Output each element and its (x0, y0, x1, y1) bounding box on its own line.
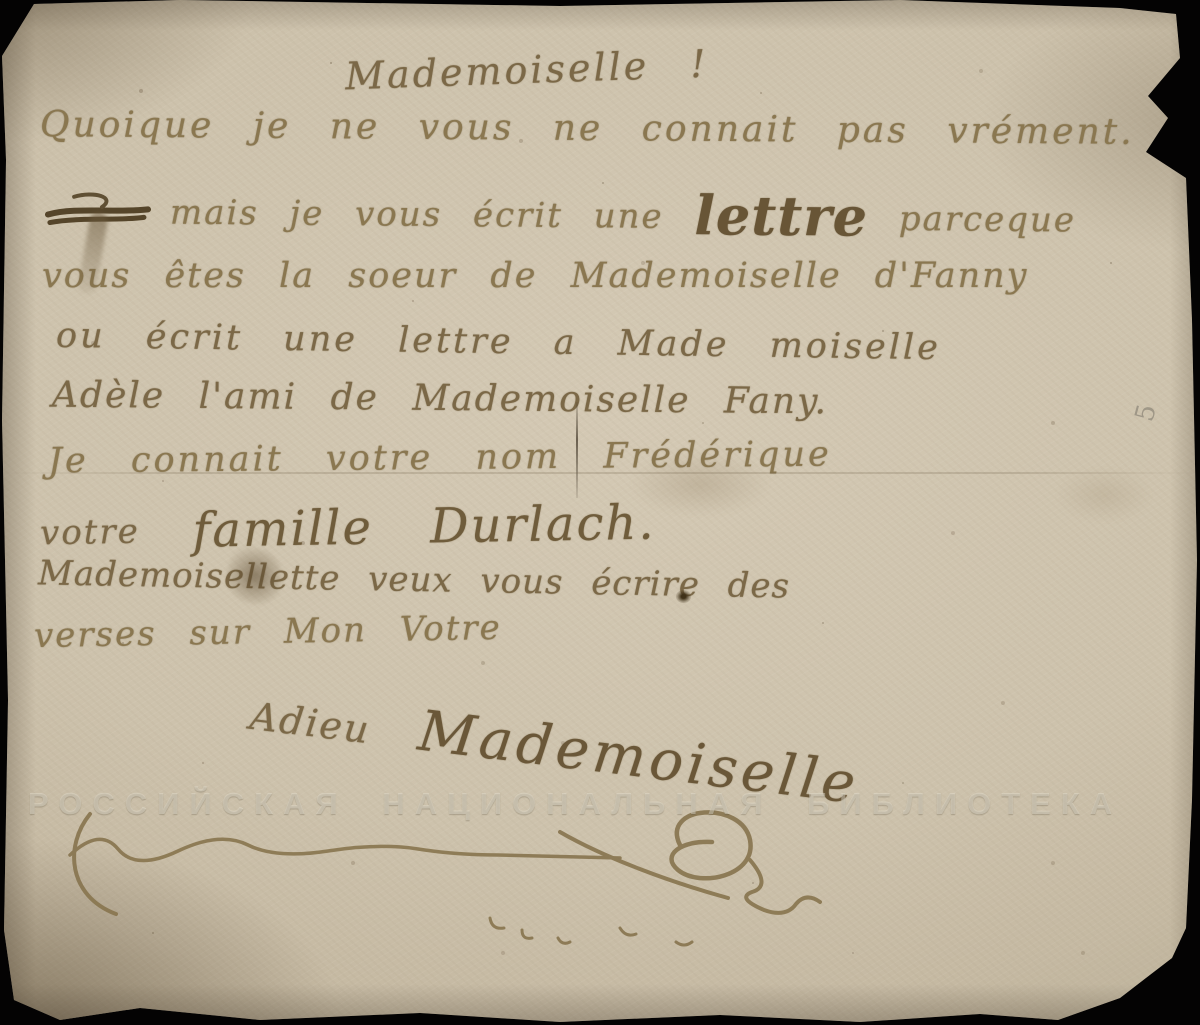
handwritten-line-1: Quoique je ne vous ne connait pas vrémen… (40, 104, 1135, 153)
handwritten-line-4: ou écrit une lettre a Made moiselle (56, 316, 941, 368)
signature-strokes (60, 800, 860, 950)
handwritten-line-7: votre famille Durlach. (40, 495, 656, 562)
line2-text-lettre: lettre (694, 183, 868, 249)
foxing-specks (0, 0, 2, 2)
fold-crease-horizontal (0, 472, 1200, 474)
closing-line: Adieu Mademoiselle (247, 678, 863, 817)
signature-flourish (60, 800, 860, 954)
line7-text-a: votre (40, 512, 140, 554)
ink-smudge-1 (630, 452, 770, 516)
letter-page: Mademoiselle ! Quoique je ne vous ne con… (0, 0, 1200, 1025)
handwritten-line-3: vous êtes la soeur de Mademoiselle d'Fan… (42, 256, 1028, 296)
line2-text-a: mais je vous écrit une (170, 193, 664, 237)
closing-adieu: Adieu (248, 694, 373, 752)
ink-smudge-2 (1056, 468, 1152, 522)
margin-number: 5 (1130, 401, 1163, 425)
salutation: Mademoiselle ! (344, 42, 709, 99)
handwritten-line-2: mais je vous écrit une lettre parceque (44, 177, 1077, 250)
handwritten-line-9: verses sur Mon Votre (34, 608, 502, 656)
line2-text-c: parceque (899, 199, 1077, 241)
ink-dot (676, 590, 691, 603)
manuscript-photo: Mademoiselle ! Quoique je ne vous ne con… (0, 0, 1200, 1025)
fold-crease-vertical (576, 402, 578, 498)
handwritten-line-5: Adèle l'ami de Mademoiselle Fany. (52, 375, 828, 423)
